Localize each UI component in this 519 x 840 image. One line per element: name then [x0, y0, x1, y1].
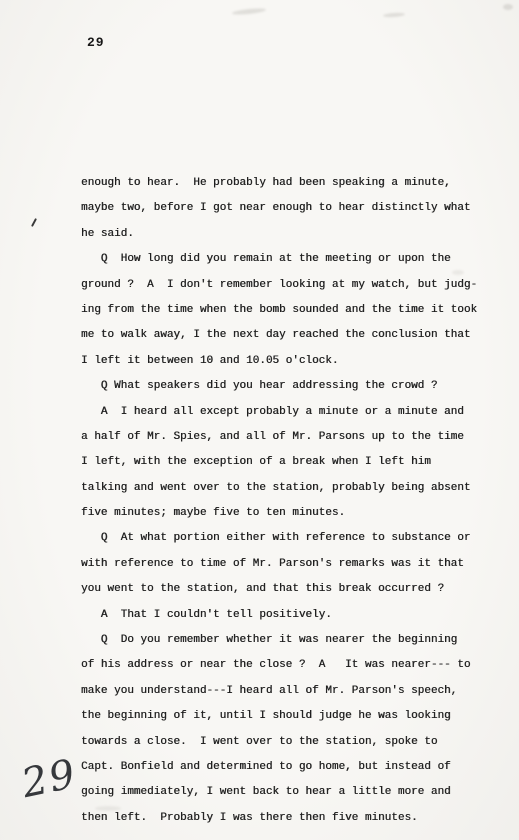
typed-line: ing from the time when the bomb sounded …	[81, 298, 511, 323]
page-number: 29	[87, 35, 105, 50]
typed-line: enough to hear. He probably had been spe…	[81, 171, 511, 196]
typed-line: A I heard all except probably a minute o…	[81, 400, 511, 425]
typed-line: Q At what portion either with reference …	[81, 526, 511, 551]
typed-line: of his address or near the close ? A It …	[81, 653, 511, 678]
typed-line: five minutes; maybe five to ten minutes.	[81, 501, 511, 526]
typed-line: I left, with the exception of a break wh…	[81, 450, 511, 475]
typed-line: he said.	[81, 222, 511, 247]
typed-line: going immediately, I went back to hear a…	[81, 780, 511, 805]
typed-line: maybe two, before I got near enough to h…	[81, 196, 511, 221]
typed-line: Capt. Bonfield and determined to go home…	[81, 755, 511, 780]
typed-line: ground ? A I don't remember looking at m…	[81, 273, 511, 298]
scan-smudge	[232, 7, 266, 16]
typed-line: Q Do you remember whether it was nearer …	[81, 628, 511, 653]
scanned-document-page: 29 enough to hear. He probably had been …	[0, 0, 519, 840]
scan-smudge	[503, 4, 513, 10]
typed-line: the beginning of it, until I should judg…	[81, 704, 511, 729]
typed-line: Q How long did you remain at the meeting…	[81, 247, 511, 272]
typed-line: a half of Mr. Spies, and all of Mr. Pars…	[81, 425, 511, 450]
typed-line: talking and went over to the station, pr…	[81, 476, 511, 501]
typed-line: with reference to time of Mr. Parson's r…	[81, 552, 511, 577]
stray-pen-mark	[31, 218, 37, 227]
typed-line: A That I couldn't tell positively.	[81, 603, 511, 628]
scan-smudge	[383, 12, 405, 18]
typed-line: I left it between 10 and 10.05 o'clock.	[81, 349, 511, 374]
typed-line: Q What speakers did you hear addressing …	[81, 374, 511, 399]
transcript-text-block: enough to hear. He probably had been spe…	[81, 171, 511, 831]
typed-line: you went to the station, and that this b…	[81, 577, 511, 602]
typed-line: me to walk away, I the next day reached …	[81, 323, 511, 348]
typed-line: then left. Probably I was there then fiv…	[81, 806, 511, 831]
handwritten-page-number: 29	[18, 751, 81, 807]
typed-line: towards a close. I went over to the stat…	[81, 730, 511, 755]
typed-line: make you understand---I heard all of Mr.…	[81, 679, 511, 704]
